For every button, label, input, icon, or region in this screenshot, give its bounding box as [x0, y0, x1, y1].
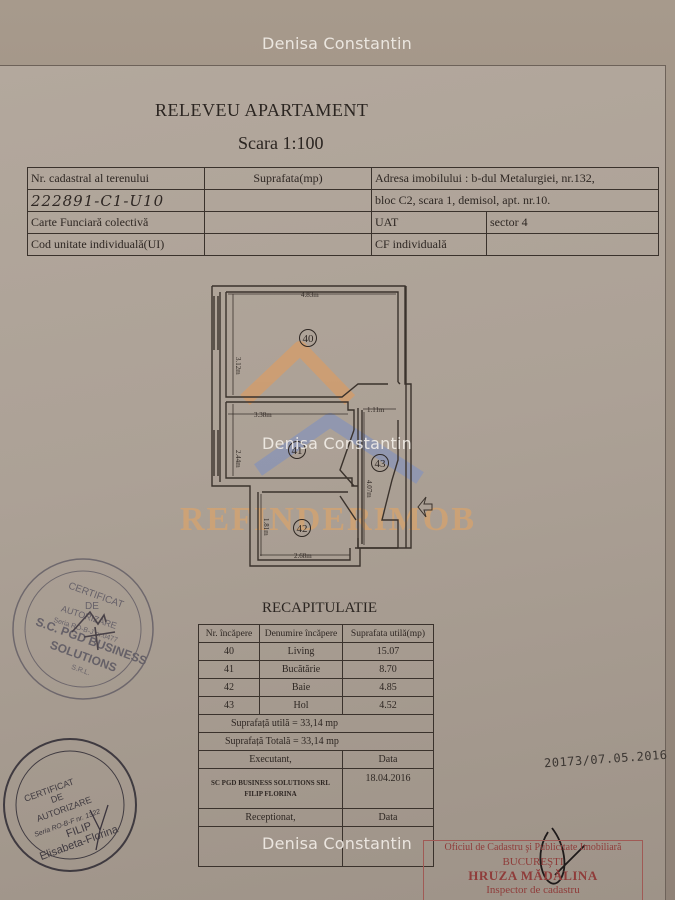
executant-label: Executant,: [199, 751, 343, 769]
dim-kitchen-height: 2.44m: [234, 450, 242, 468]
dim-hall-width: 1.11m: [367, 406, 385, 414]
executant-date-label: Data: [343, 751, 434, 769]
table-row: 41 Bucătărie 8.70: [199, 661, 434, 679]
total-area: Suprafață Totală = 33,14 mp: [199, 733, 434, 751]
useful-area: Suprafață utilă = 33,14 mp: [199, 715, 434, 733]
receptionat-date-label: Data: [343, 809, 434, 827]
dim-living-width: 4.83m: [301, 291, 319, 299]
table-row: 42 Baie 4.85: [199, 679, 434, 697]
dim-living-height: 3.12m: [234, 357, 242, 375]
recap-table: Nr. încăpere Denumire încăpere Suprafata…: [198, 624, 434, 867]
table-row: 40 Living 15.07: [199, 643, 434, 661]
dim-bath-height: 1.81m: [262, 518, 270, 536]
executant-name: SC PGD BUSINESS SOLUTIONS SRL FILIP FLOR…: [199, 769, 343, 809]
table-row: 43 Hol 4.52: [199, 697, 434, 715]
recap-header-area: Suprafata utilă(mp): [343, 625, 434, 643]
recap-header-nr: Nr. încăpere: [199, 625, 260, 643]
receptionat-label: Receptionat,: [199, 809, 343, 827]
room-43-label: 43: [375, 458, 387, 470]
dim-kitchen-width: 3.38m: [254, 411, 272, 419]
watermark-bottom: Denisa Constantin: [262, 834, 412, 853]
room-42-label: 42: [297, 523, 308, 535]
room-40-label: 40: [303, 333, 315, 345]
dim-hall-height: 4.07m: [365, 480, 373, 498]
ocpi-stamp: Oficiul de Cadastru şi Publicitate Imobi…: [423, 840, 643, 900]
dim-bath-width: 2.68m: [294, 552, 312, 560]
seal-pgd-business: CERTIFICAT DE AUTORIZARE Seria RO-B-J nr…: [13, 559, 153, 699]
executant-date: 18.04.2016: [343, 769, 434, 809]
svg-text:CERTIFICAT: CERTIFICAT: [23, 776, 76, 803]
svg-text:S.R.L.: S.R.L.: [70, 664, 91, 677]
recap-title: RECAPITULATIE: [262, 600, 377, 617]
seal-filip: CERTIFICAT DE AUTORIZARE Seria RO-B-F nr…: [4, 739, 136, 871]
watermark-middle: Denisa Constantin: [262, 434, 412, 453]
recap-header-name: Denumire încăpere: [260, 625, 343, 643]
